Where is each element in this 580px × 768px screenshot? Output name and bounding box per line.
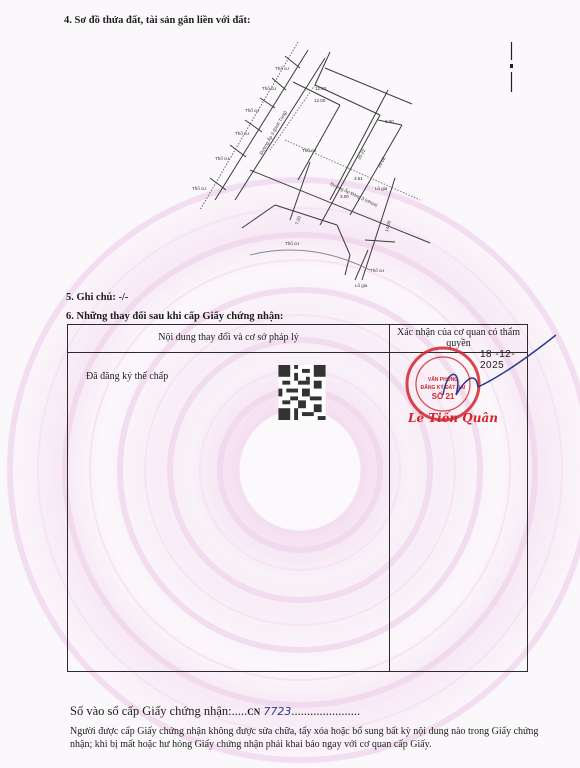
- svg-text:3.51: 3.51: [354, 176, 363, 181]
- qr-code[interactable]: [278, 365, 326, 420]
- svg-text:Đường Ấp 3 (Đinh Tùng): Đường Ấp 3 (Đinh Tùng): [258, 109, 288, 155]
- header-content-changes: Nội dung thay đổi và cơ sở pháp lý: [68, 332, 389, 343]
- certificate-page: 4. Sơ đồ thửa đất, tài sản gắn liền với …: [0, 0, 580, 768]
- register-label: Số vào sổ cấp Giấy chứng nhận:.....: [70, 704, 247, 718]
- svg-text:Thổ cư: Thổ cư: [285, 240, 299, 246]
- svg-text:3.00: 3.00: [340, 194, 349, 199]
- svg-text:Thổ cư: Thổ cư: [215, 155, 229, 161]
- svg-text:12.83: 12.83: [315, 86, 327, 91]
- signer-name: Lê Tiến Quân: [408, 411, 498, 425]
- svg-text:Lô gia: Lô gia: [375, 186, 388, 191]
- svg-text:Thổ cư: Thổ cư: [235, 130, 249, 136]
- svg-text:12.00: 12.00: [314, 98, 326, 103]
- register-number-line: Số vào sổ cấp Giấy chứng nhận:.....CN 77…: [70, 704, 360, 719]
- register-prefix: CN: [247, 707, 260, 717]
- edge-mark: [510, 42, 513, 92]
- land-plot-diagram: Thổ cư Thổ cư Thổ cư Thổ cư Thổ cư Thổ c…: [190, 40, 430, 290]
- svg-text:Thổ cư: Thổ cư: [192, 185, 206, 191]
- svg-text:20.08: 20.08: [377, 156, 387, 169]
- svg-text:20.22: 20.22: [357, 148, 367, 161]
- svg-text:Thổ cư: Thổ cư: [262, 85, 276, 91]
- section-6-title: 6. Những thay đổi sau khi cấp Giấy chứng…: [66, 311, 283, 322]
- svg-text:Lô gia: Lô gia: [355, 283, 368, 288]
- svg-text:Thổ cư: Thổ cư: [370, 267, 384, 273]
- signature: [438, 325, 558, 415]
- legal-notice: Người được cấp Giấy chứng nhận không đượ…: [70, 726, 540, 751]
- register-dots: ......................: [291, 704, 360, 718]
- svg-text:7.20: 7.20: [294, 215, 302, 225]
- svg-text:14.00: 14.00: [384, 220, 392, 233]
- register-number: 7723: [263, 705, 291, 718]
- section-5-title: 5. Ghi chú: -/-: [66, 292, 128, 303]
- svg-text:Thổ cư: Thổ cư: [245, 107, 259, 113]
- changes-table: Nội dung thay đổi và cơ sở pháp lý Xác n…: [67, 324, 528, 672]
- change-content: Đã đăng ký thế chấp: [86, 371, 168, 382]
- svg-text:Thổ cư: Thổ cư: [302, 147, 316, 153]
- column-divider: [389, 325, 390, 671]
- svg-text:Thổ cư: Thổ cư: [275, 65, 289, 71]
- svg-text:3.00: 3.00: [385, 119, 394, 124]
- section-4-title: 4. Sơ đồ thửa đất, tài sản gắn liền với …: [64, 15, 251, 26]
